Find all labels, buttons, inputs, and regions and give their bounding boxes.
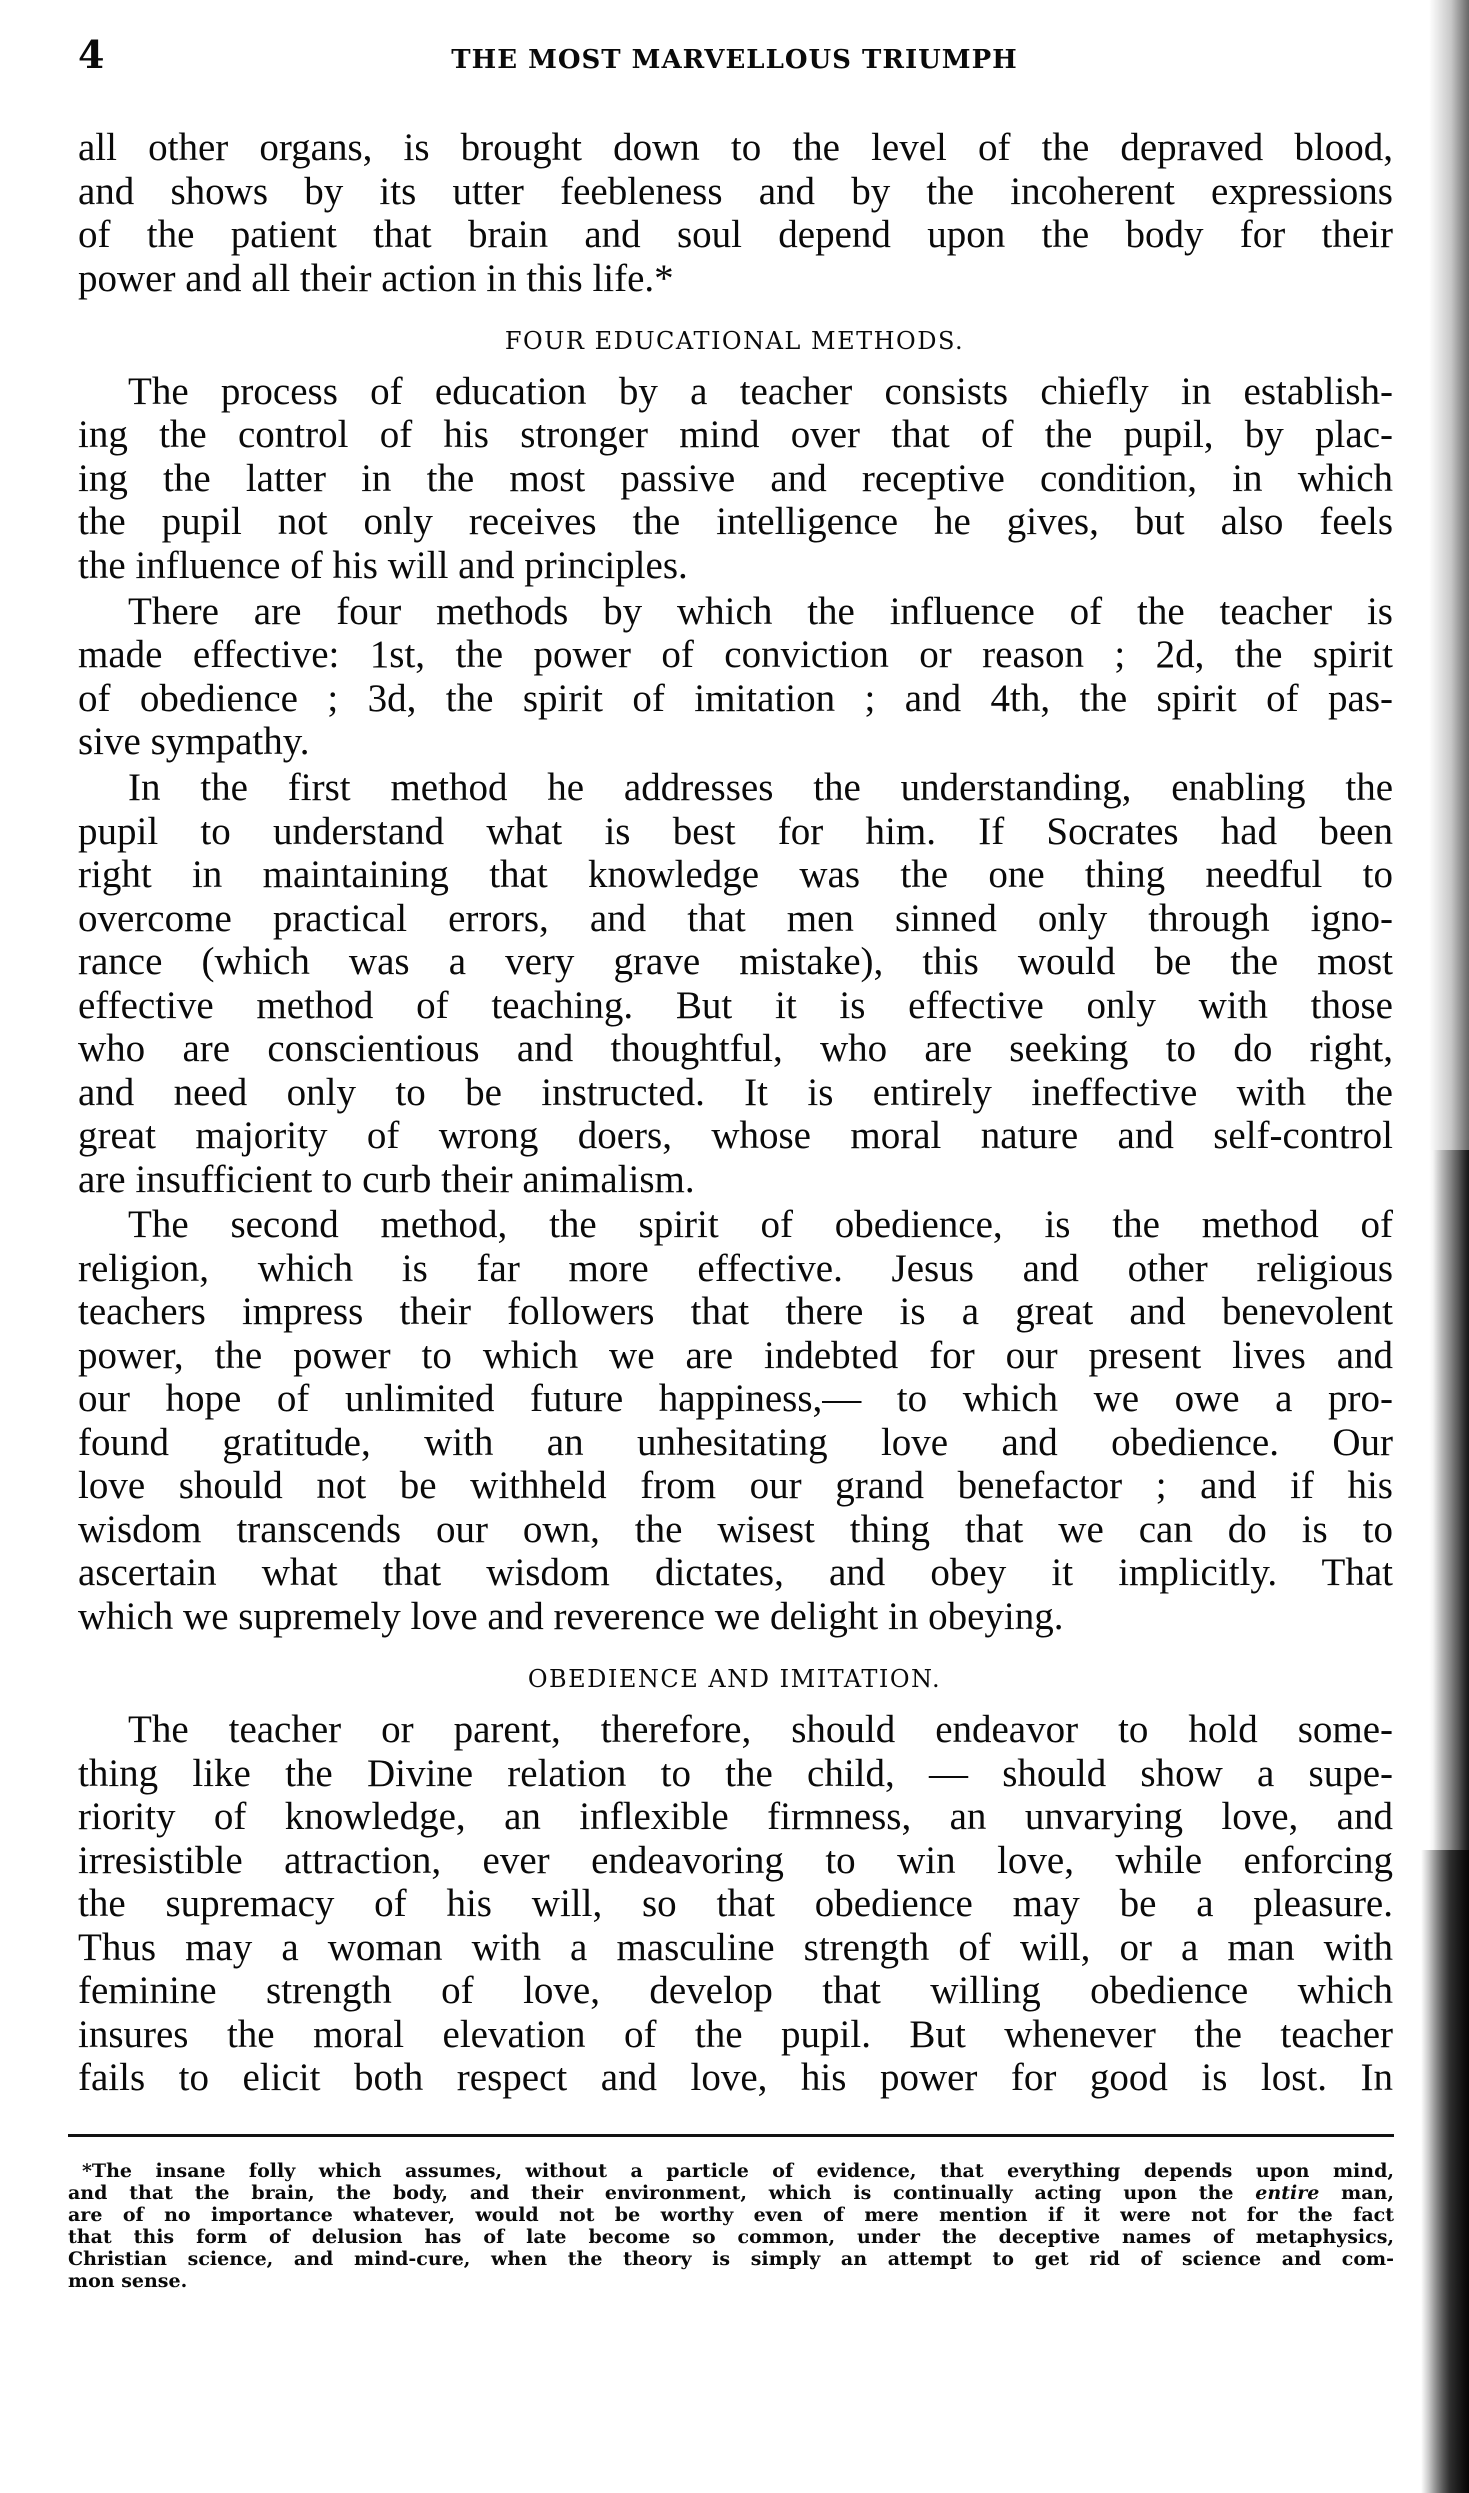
text-line: effective method of teaching. But it is … xyxy=(78,984,1393,1028)
text-line: wisdom transcends our own, the wisest th… xyxy=(78,1508,1393,1552)
text-line: found gratitude, with an unhesitating lo… xyxy=(78,1421,1393,1465)
footnote-line: *The insane folly which assumes, without… xyxy=(68,2160,1394,2182)
text-line: the influence of his will and principles… xyxy=(78,544,1393,588)
text-line: ing the control of his stronger mind ove… xyxy=(78,413,1393,457)
text-line: great majority of wrong doers, whose mor… xyxy=(78,1114,1393,1158)
section-heading-four-educational-methods: FOUR EDUCATIONAL METHODS. xyxy=(0,326,1469,356)
text-line: thing like the Divine relation to the ch… xyxy=(78,1752,1393,1796)
text-line: all other organs, is brought down to the… xyxy=(78,126,1393,170)
section-heading-obedience-and-imitation: OBEDIENCE AND IMITATION. xyxy=(0,1664,1469,1694)
footnote-line: Christian science, and mind-cure, when t… xyxy=(68,2248,1394,2270)
text-line: The second method, the spirit of obedien… xyxy=(78,1203,1393,1247)
text-line: ascertain what that wisdom dictates, and… xyxy=(78,1551,1393,1595)
footnote-divider xyxy=(68,2134,1394,2137)
text-line: ing the latter in the most passive and r… xyxy=(78,457,1393,501)
text-line: power, the power to which we are indebte… xyxy=(78,1334,1393,1378)
text-line: the supremacy of his will, so that obedi… xyxy=(78,1882,1393,1926)
text-line: religion, which is far more effective. J… xyxy=(78,1247,1393,1291)
text-line: our hope of unlimited future happiness,—… xyxy=(78,1377,1393,1421)
text-line: of obedience ; 3d, the spirit of imitati… xyxy=(78,677,1393,721)
text-line: made effective: 1st, the power of convic… xyxy=(78,633,1393,677)
footnote-line: are of no importance whatever, would not… xyxy=(68,2204,1394,2226)
text-line: irresistible attraction, ever endeavorin… xyxy=(78,1839,1393,1883)
text-line: who are conscientious and thoughtful, wh… xyxy=(78,1027,1393,1071)
text-line: The teacher or parent, therefore, should… xyxy=(78,1708,1393,1752)
footnote-text: man, xyxy=(1319,2182,1394,2204)
footnote-text: and that the brain, the body, and their … xyxy=(68,2182,1255,2204)
text-line: sive sympathy. xyxy=(78,720,1393,764)
text-line: power and all their action in this life.… xyxy=(78,257,1393,301)
text-line: and need only to be instructed. It is en… xyxy=(78,1071,1393,1115)
text-line: insures the moral elevation of the pupil… xyxy=(78,2013,1393,2057)
text-line: are insufficient to curb their animalism… xyxy=(78,1158,1393,1202)
footnote-line: mon sense. xyxy=(68,2270,1394,2292)
text-line: the pupil not only receives the intellig… xyxy=(78,500,1393,544)
text-line: which we supremely love and reverence we… xyxy=(78,1595,1393,1639)
footnote-line: that this form of delusion has of late b… xyxy=(68,2226,1394,2248)
text-line: fails to elicit both respect and love, h… xyxy=(78,2056,1393,2100)
text-line: There are four methods by which the infl… xyxy=(78,590,1393,634)
text-line: pupil to understand what is best for him… xyxy=(78,810,1393,854)
text-line: of the patient that brain and soul depen… xyxy=(78,213,1393,257)
scan-edge-shadow xyxy=(1421,1850,1469,2493)
text-line: teachers impress their followers that th… xyxy=(78,1290,1393,1334)
text-line: The process of education by a teacher co… xyxy=(78,370,1393,414)
text-line: love should not be withheld from our gra… xyxy=(78,1464,1393,1508)
scan-edge-shadow xyxy=(1433,1150,1469,1850)
text-line: right in maintaining that knowledge was … xyxy=(78,853,1393,897)
footnote-italic-word: entire xyxy=(1255,2182,1319,2204)
scanned-book-page: 4 THE MOST MARVELLOUS TRIUMPH all other … xyxy=(0,0,1469,2493)
text-line: In the first method he addresses the und… xyxy=(78,766,1393,810)
text-line: feminine strength of love, develop that … xyxy=(78,1969,1393,2013)
text-line: overcome practical errors, and that men … xyxy=(78,897,1393,941)
running-title: THE MOST MARVELLOUS TRIUMPH xyxy=(0,44,1469,76)
text-line: and shows by its utter feebleness and by… xyxy=(78,170,1393,214)
text-line: rance (which was a very grave mistake), … xyxy=(78,940,1393,984)
footnote-line: and that the brain, the body, and their … xyxy=(68,2182,1394,2204)
text-line: Thus may a woman with a masculine streng… xyxy=(78,1926,1393,1970)
text-line: riority of knowledge, an inflexible firm… xyxy=(78,1795,1393,1839)
